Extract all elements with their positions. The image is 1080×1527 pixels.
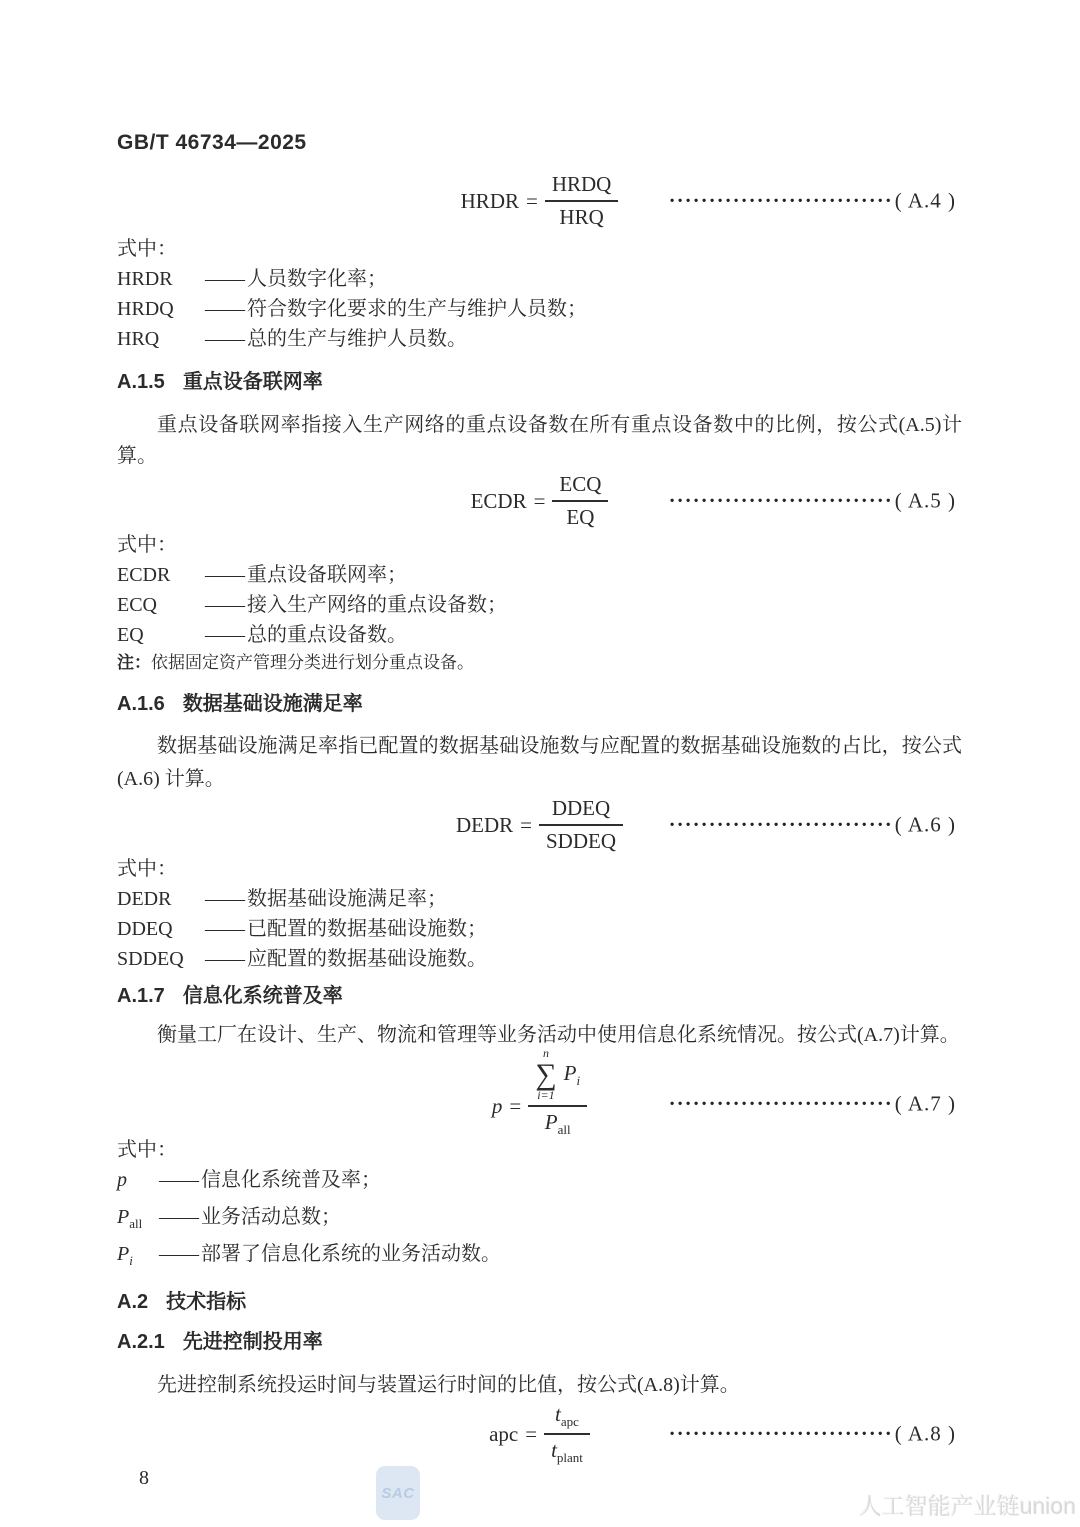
section-intro-a15: 重点设备联网率指接入生产网络的重点设备数在所有重点设备数中的比例，按公式(A.5… xyxy=(117,410,962,472)
equation-a8: apc = tapc tplant xyxy=(489,1402,590,1466)
dot-leader: ···························· xyxy=(669,1092,893,1117)
fraction: HRDQ HRQ xyxy=(545,172,619,230)
section-intro-a21: 先进控制系统投运时间与装置运行时间的比值，按公式(A.8)计算。 xyxy=(117,1370,962,1401)
section-title: 重点设备联网率 xyxy=(183,368,323,396)
equation-a4: HRDR = HRDQ HRQ xyxy=(461,172,619,230)
definition-term: HRDQ xyxy=(117,294,205,324)
section-number: A.1.7 xyxy=(117,982,165,1010)
watermark-text: 人工智能产业链union xyxy=(859,1488,1076,1521)
equals-sign: = xyxy=(534,489,546,514)
sigma-symbol: ∑ xyxy=(535,1061,556,1090)
definition-term: HRQ xyxy=(117,324,205,354)
fraction: tapc tplant xyxy=(544,1402,590,1466)
section-heading-a16: A.1.6 数据基础设施满足率 xyxy=(117,690,962,718)
definition-row: HRDR —— 人员数字化率； xyxy=(117,264,962,294)
term-sub: all xyxy=(558,1123,571,1138)
term-sub: i xyxy=(576,1073,580,1088)
section-number: A.1.6 xyxy=(117,690,165,718)
fraction-denominator: HRQ xyxy=(545,200,619,230)
dot-leader: ···························· xyxy=(669,813,893,838)
term-base: P xyxy=(117,1206,129,1228)
fraction-numerator: n ∑ i=1 Pi xyxy=(528,1047,587,1105)
equals-sign: = xyxy=(520,813,532,838)
dot-leader: ···························· xyxy=(669,489,893,514)
sum-term: Pi xyxy=(564,1061,580,1089)
formula-a4: HRDR = HRDQ HRQ ························… xyxy=(117,172,962,230)
where-label: 式中： xyxy=(117,234,962,264)
section-number: A.2 xyxy=(117,1288,148,1316)
definition-list-a5: ECDR —— 重点设备联网率； ECQ —— 接入生产网络的重点设备数； EQ… xyxy=(117,560,962,650)
definition-desc: 应配置的数据基础设施数。 xyxy=(247,944,962,974)
section-title: 先进控制投用率 xyxy=(183,1328,323,1356)
fraction-numerator: tapc xyxy=(544,1402,590,1433)
definition-dash: —— xyxy=(205,914,245,944)
formula-a8: apc = tapc tplant ······················… xyxy=(117,1405,962,1463)
definition-term: Pi xyxy=(117,1239,159,1276)
definition-row: HRQ —— 总的生产与维护人员数。 xyxy=(117,324,962,354)
formula-number-label: ( A.5 ) xyxy=(895,489,956,514)
formula-reference-a4: ···························· ( A.4 ) xyxy=(669,189,956,214)
definition-row: Pall —— 业务活动总数； xyxy=(117,1202,962,1239)
formula-a6: DEDR = DDEQ SDDEQ ······················… xyxy=(117,796,962,854)
formula-reference-a6: ···························· ( A.6 ) xyxy=(669,813,956,838)
fraction-denominator: Pall xyxy=(528,1105,587,1138)
fraction-denominator: SDDEQ xyxy=(539,824,623,854)
definition-desc: 总的重点设备数。 xyxy=(247,620,962,650)
equation-a7: p = n ∑ i=1 Pi Pall xyxy=(492,1047,587,1138)
definition-term: EQ xyxy=(117,620,205,650)
equals-sign: = xyxy=(509,1094,521,1119)
fraction-numerator: DDEQ xyxy=(539,796,623,824)
equation-a5: ECDR = ECQ EQ xyxy=(471,472,609,530)
section-heading-a17: A.1.7 信息化系统普及率 xyxy=(117,982,962,1010)
definition-desc: 已配置的数据基础设施数； xyxy=(247,914,962,944)
definition-desc: 人员数字化率； xyxy=(247,264,962,294)
section-heading-a2: A.2 技术指标 xyxy=(117,1288,962,1316)
term-base: P xyxy=(117,1243,129,1265)
definition-dash: —— xyxy=(159,1165,199,1202)
definition-dash: —— xyxy=(205,620,245,650)
equation-lhs: apc xyxy=(489,1422,518,1447)
definition-dash: —— xyxy=(205,264,245,294)
section-intro-a16: 数据基础设施满足率指已配置的数据基础设施数与应配置的数据基础设施数的占比，按公式… xyxy=(117,730,962,796)
definition-dash: —— xyxy=(205,560,245,590)
definition-desc: 重点设备联网率； xyxy=(247,560,962,590)
equation-lhs: DEDR xyxy=(456,813,513,838)
section-heading-a21: A.2.1 先进控制投用率 xyxy=(117,1328,962,1356)
definition-dash: —— xyxy=(205,884,245,914)
definition-row: ECDR —— 重点设备联网率； xyxy=(117,560,962,590)
formula-number-label: ( A.8 ) xyxy=(895,1422,956,1447)
fraction: ECQ EQ xyxy=(552,472,608,530)
where-label: 式中： xyxy=(117,854,962,884)
term-base: P xyxy=(545,1110,558,1134)
definition-desc: 总的生产与维护人员数。 xyxy=(247,324,962,354)
definition-row: DDEQ —— 已配置的数据基础设施数； xyxy=(117,914,962,944)
note-a15: 注：依据固定资产管理分类进行划分重点设备。 xyxy=(117,650,962,676)
formula-number-label: ( A.7 ) xyxy=(895,1092,956,1117)
definition-list-a6: DEDR —— 数据基础设施满足率； DDEQ —— 已配置的数据基础设施数； … xyxy=(117,884,962,974)
definition-row: Pi —— 部署了信息化系统的业务活动数。 xyxy=(117,1239,962,1276)
fraction-numerator: HRDQ xyxy=(545,172,619,200)
where-label: 式中： xyxy=(117,1135,962,1165)
formula-reference-a5: ···························· ( A.5 ) xyxy=(669,489,956,514)
note-text: 依据固定资产管理分类进行划分重点设备。 xyxy=(151,653,474,672)
sum-lower-limit: i=1 xyxy=(537,1089,554,1102)
definition-row: HRDQ —— 符合数字化要求的生产与维护人员数； xyxy=(117,294,962,324)
section-title: 数据基础设施满足率 xyxy=(183,690,363,718)
formula-number-label: ( A.6 ) xyxy=(895,813,956,838)
term-sub: apc xyxy=(561,1414,579,1429)
definition-row: SDDEQ —— 应配置的数据基础设施数。 xyxy=(117,944,962,974)
section-title: 技术指标 xyxy=(166,1288,246,1316)
dot-leader: ···························· xyxy=(669,189,893,214)
term-sub: plant xyxy=(557,1450,583,1465)
term-base: P xyxy=(564,1061,577,1085)
definition-desc: 部署了信息化系统的业务活动数。 xyxy=(201,1239,962,1276)
document-number-header: GB/T 46734—2025 xyxy=(117,130,962,156)
definition-term: Pall xyxy=(117,1202,159,1239)
definition-dash: —— xyxy=(159,1202,199,1239)
formula-a7: p = n ∑ i=1 Pi Pall ···················· xyxy=(117,1051,962,1135)
formula-reference-a8: ···························· ( A.8 ) xyxy=(669,1422,956,1447)
definition-dash: —— xyxy=(205,324,245,354)
definition-term: DDEQ xyxy=(117,914,205,944)
formula-reference-a7: ···························· ( A.7 ) xyxy=(669,1092,956,1117)
definition-dash: —— xyxy=(205,294,245,324)
definition-term: p xyxy=(117,1165,159,1202)
fraction-denominator: tplant xyxy=(544,1433,590,1466)
note-label: 注： xyxy=(117,653,151,672)
fraction-numerator: ECQ xyxy=(552,472,608,500)
term-base: p xyxy=(117,1169,127,1191)
section-heading-a15: A.1.5 重点设备联网率 xyxy=(117,368,962,396)
definition-desc: 接入生产网络的重点设备数； xyxy=(247,590,962,620)
definition-list-a4: HRDR —— 人员数字化率； HRDQ —— 符合数字化要求的生产与维护人员数… xyxy=(117,264,962,354)
formula-number-label: ( A.4 ) xyxy=(895,189,956,214)
definition-row: EQ —— 总的重点设备数。 xyxy=(117,620,962,650)
fraction: n ∑ i=1 Pi Pall xyxy=(528,1047,587,1138)
summation: n ∑ i=1 xyxy=(535,1047,556,1102)
definition-dash: —— xyxy=(159,1239,199,1276)
definition-term: SDDEQ xyxy=(117,944,205,974)
formula-a5: ECDR = ECQ EQ ··························… xyxy=(117,472,962,530)
equation-a6: DEDR = DDEQ SDDEQ xyxy=(456,796,623,854)
equals-sign: = xyxy=(525,1422,537,1447)
fraction-denominator: EQ xyxy=(552,500,608,530)
definition-desc: 符合数字化要求的生产与维护人员数； xyxy=(247,294,962,324)
definition-term: ECQ xyxy=(117,590,205,620)
equation-lhs: ECDR xyxy=(471,489,527,514)
definition-dash: —— xyxy=(205,944,245,974)
definition-term: HRDR xyxy=(117,264,205,294)
definition-row: ECQ —— 接入生产网络的重点设备数； xyxy=(117,590,962,620)
section-title: 信息化系统普及率 xyxy=(183,982,343,1010)
page-content: GB/T 46734—2025 HRDR = HRDQ HRQ ········… xyxy=(117,130,962,1493)
section-number: A.1.5 xyxy=(117,368,165,396)
where-label: 式中： xyxy=(117,530,962,560)
section-number: A.2.1 xyxy=(117,1328,165,1356)
page-number: 8 xyxy=(139,1463,962,1493)
definition-desc: 数据基础设施满足率； xyxy=(247,884,962,914)
fraction: DDEQ SDDEQ xyxy=(539,796,623,854)
definition-desc: 业务活动总数； xyxy=(201,1202,962,1239)
dot-leader: ···························· xyxy=(669,1422,893,1447)
equation-lhs: p xyxy=(492,1094,503,1119)
definition-row: p —— 信息化系统普及率； xyxy=(117,1165,962,1202)
equals-sign: = xyxy=(526,189,538,214)
equation-lhs: HRDR xyxy=(461,189,519,214)
term-sub: i xyxy=(129,1253,133,1268)
definition-term: DEDR xyxy=(117,884,205,914)
definition-list-a7: p —— 信息化系统普及率； Pall —— 业务活动总数； Pi —— 部署了… xyxy=(117,1165,962,1276)
definition-dash: —— xyxy=(205,590,245,620)
term-sub: all xyxy=(129,1216,142,1231)
document-page: GB/T 46734—2025 HRDR = HRDQ HRQ ········… xyxy=(0,0,1080,1527)
sac-logo: SAC xyxy=(376,1466,420,1520)
definition-term: ECDR xyxy=(117,560,205,590)
definition-row: DEDR —— 数据基础设施满足率； xyxy=(117,884,962,914)
section-intro-a17: 衡量工厂在设计、生产、物流和管理等业务活动中使用信息化系统情况。按公式(A.7)… xyxy=(117,1020,962,1051)
definition-desc: 信息化系统普及率； xyxy=(201,1165,962,1202)
